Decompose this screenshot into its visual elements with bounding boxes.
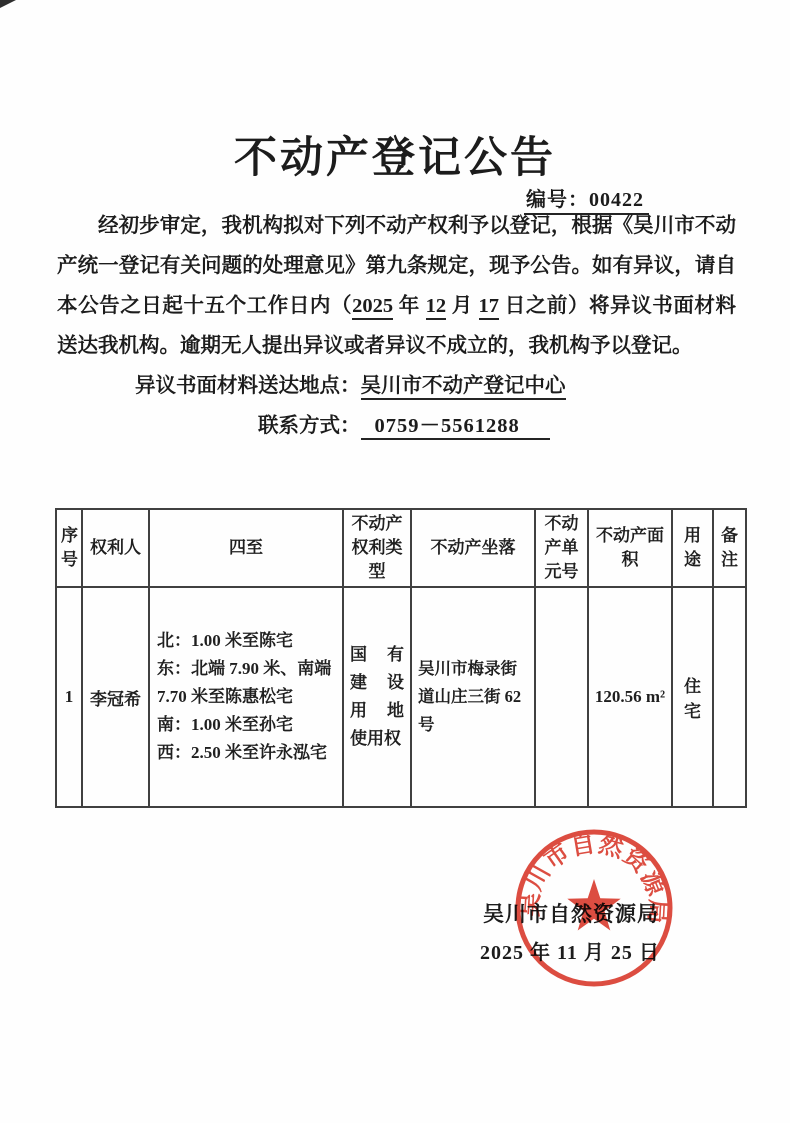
boundary-north: 北：1.00 米至陈宅 (157, 627, 335, 655)
cell-remark (713, 587, 746, 807)
header-seq: 序号 (56, 509, 82, 587)
cell-area: 120.56 m² (588, 587, 672, 807)
cell-usage: 住宅 (672, 587, 713, 807)
header-remark: 备注 (713, 509, 746, 587)
header-boundaries: 四至 (149, 509, 343, 587)
header-right-type: 不动产权利类型 (343, 509, 411, 587)
contact-phone-value: 0759－5561288 (361, 415, 550, 440)
deadline-year: 2025 (352, 295, 393, 320)
page-title: 不动产登记公告 (0, 124, 790, 185)
header-area: 不动产面积 (588, 509, 672, 587)
notice-document-page: 不动产登记公告 编号：00422 经初步审定，我机构拟对下列不动产权利予以登记，… (0, 0, 790, 1123)
cell-boundaries: 北：1.00 米至陈宅 东：北端 7.90 米、南端 7.70 米至陈惠松宅 南… (149, 587, 343, 807)
boundary-south: 南：1.00 米至孙宅 (157, 711, 335, 739)
header-location: 不动产坐落 (411, 509, 535, 587)
cell-holder: 李冠希 (82, 587, 149, 807)
table-row: 1 李冠希 北：1.00 米至陈宅 东：北端 7.90 米、南端 7.70 米至… (56, 587, 746, 807)
contact-line: 联系方式：0759－5561288 (57, 406, 736, 446)
body-segment-2: 年 (393, 295, 425, 317)
delivery-address-value: 吴川市不动产登记中心 (361, 375, 566, 400)
issuer-name: 吴川市自然资源局 (483, 898, 659, 928)
issue-date: 2025 年 11 月 25 日 (480, 936, 660, 965)
delivery-address-label: 异议书面材料送达地点： (135, 375, 361, 397)
cell-seq: 1 (56, 587, 82, 807)
boundary-west: 西：2.50 米至许永泓宅 (157, 739, 335, 767)
cell-location: 吴川市梅录街道山庄三街 62 号 (411, 587, 535, 807)
registration-table: 序号 权利人 四至 不动产权利类型 不动产坐落 不动产单元号 不动产面积 用途 … (55, 508, 747, 808)
cell-unit-no (535, 587, 588, 807)
header-unit-no: 不动产单元号 (535, 509, 588, 587)
cell-right-type: 国 有 建 设 用 地 使用权 (343, 587, 411, 807)
deadline-month: 12 (426, 295, 447, 320)
notice-body: 经初步审定，我机构拟对下列不动产权利予以登记，根据《吴川市不动产统一登记有关问题… (57, 206, 736, 446)
contact-label: 联系方式： (258, 415, 361, 437)
deadline-day: 17 (479, 295, 500, 320)
scan-corner-artifact (0, 0, 16, 8)
notice-paragraph: 经初步审定，我机构拟对下列不动产权利予以登记，根据《吴川市不动产统一登记有关问题… (57, 206, 736, 366)
header-holder: 权利人 (82, 509, 149, 587)
body-segment-3: 月 (446, 295, 478, 317)
table-header-row: 序号 权利人 四至 不动产权利类型 不动产坐落 不动产单元号 不动产面积 用途 … (56, 509, 746, 587)
boundary-east: 东：北端 7.90 米、南端 7.70 米至陈惠松宅 (157, 655, 335, 711)
header-usage: 用途 (672, 509, 713, 587)
delivery-address-line: 异议书面材料送达地点：吴川市不动产登记中心 (57, 366, 736, 406)
